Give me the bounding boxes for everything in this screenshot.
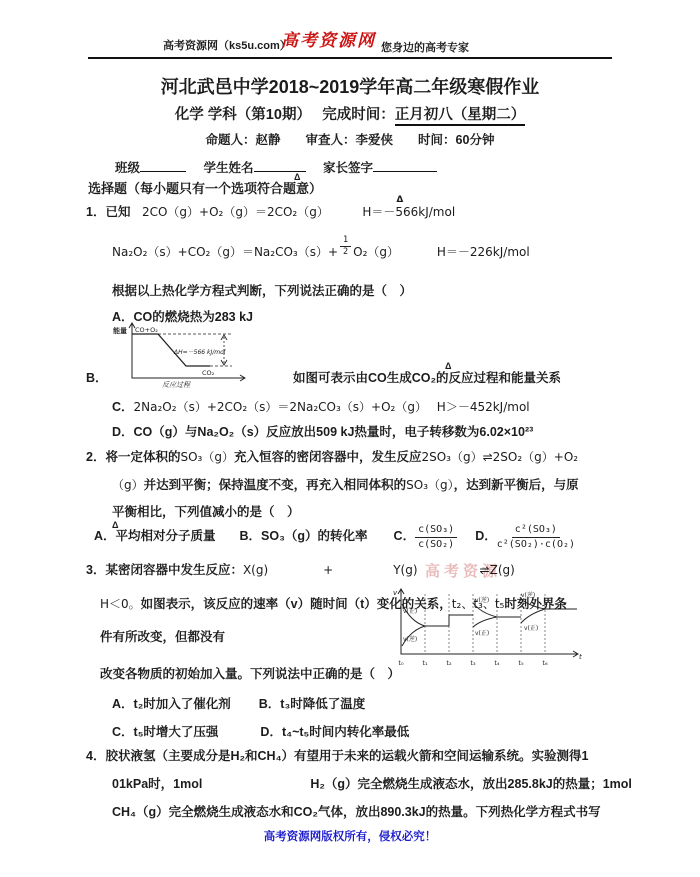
q1-judge-line: 根据以上热化学方程式判断，下列说法正确的是（ ） [112,284,412,300]
section-heading-text: 选择题（每小题只有一个选项符合题意） Δ [88,181,322,197]
svg-text:t₁: t₁ [422,659,428,667]
q1-enthalpy-1: H＝－566kJ/mol Δ [362,205,455,220]
svg-text:t₂: t₂ [446,659,452,667]
energy-ylabel: 能量 [113,326,127,335]
section-heading: 选择题（每小题只有一个选项符合题意） Δ [88,181,322,197]
q3-time-points: t₂、t₃、t₅ [452,597,505,611]
q3-plus-sign: + [323,563,333,577]
q3-stem-prefix: 3．某密闭容器中发生反应： [86,563,243,577]
q1-option-c-equation: 2Na₂O₂（s）+2CO₂（s）＝2Na₂CO₃（s）+O₂（g） H＞－45… [134,400,530,414]
q3-options-cd: C．t₅时增大了压强D．t₄~t₅时间内转化率最低 [112,725,409,741]
q1-option-c: C．2Na₂O₂（s）+2CO₂（s）＝2Na₂CO₃（s）+O₂（g） H＞－… [112,400,530,416]
q3-species-y: Y(g) [393,563,417,577]
q2-reaction-equation: 2SO₃（g）⇌2SO₂（g）+O₂ [421,450,578,464]
q3-equilibrium-arrow: ⇌ [480,563,490,577]
student-name-label: 学生姓名 [204,161,254,175]
q4-stem-line-2: 01kPa时，1molH₂（g）完全燃烧生成液态水，放出285.8kJ的热量；1… [112,777,632,793]
product-label: CO₂ [202,369,215,377]
q3-stem-line-2: H＜0。如图表示，该反应的速率（v）随时间（t）变化的关系，t₂、t₃、t₅时刻… [100,597,567,613]
q1-stem: 1．已知 2CO（g）+O₂（g）＝2CO₂（g） H＝－566kJ/mol Δ [86,205,455,221]
rate-xlabel: t [579,653,582,661]
q2-text-2: 充入恒容的密闭容器中，发生反应 [234,450,422,464]
q3-text-1: 如图表示，该反应的速率（v）随时间（t）变化的关系， [141,597,452,611]
q2-option-c-label: C． [394,529,416,545]
header-divider [88,57,612,59]
q3-text-2: 时刻外界条 [504,597,567,611]
q3-species-z: Z(g) [490,563,515,577]
reactant-label: CO+O₂ [135,326,158,334]
student-name-blank [254,158,306,172]
forward-rate-label: v(正) [475,630,489,637]
reverse-rate-label: v(逆) [403,635,417,643]
q2-stem-line-2: （g）并达到平衡；保持温度不变，再充入相同体积的SO₃（g），达到新平衡后，与原 [112,478,579,494]
q2-text-4: ，达到新平衡后，与原 [454,478,579,492]
site-name-text: 高考资源网（ks5u.com） [163,37,291,53]
subject-label: 化学 学科（第10期） 完成时间： [175,107,395,123]
svg-text:t₆: t₆ [542,659,548,667]
class-blank [140,158,186,172]
student-info-line: 班级 学生姓名 家长签字 [115,158,437,177]
delta-artifact: Δ [396,195,403,206]
q1-number: 1．已知 [86,205,130,219]
q4-h2-text: H₂（g）完全燃烧生成液态水，放出285.8kJ的热量；1mol [310,777,632,791]
q2-text-3: 并达到平衡；保持温度不变，再充入相同体积的 [144,478,407,492]
parent-sign-label: 家长签字 [323,161,373,175]
subject-line: 化学 学科（第10期） 完成时间：正月初八（星期二） [0,106,700,124]
q1-equation-2-left: Na₂O₂（s）+CO₂（g）＝Na₂CO₃（s）+ [112,245,338,259]
fraction-denominator: c²(SO₂)·c(O₂) [497,538,575,551]
svg-text:t₃: t₃ [470,659,476,667]
fraction-denominator: 2 [343,247,348,257]
delta-artifact: Δ [445,361,451,372]
delta-artifact: Δ [112,520,118,531]
site-tagline: 您身边的高考专家 [381,39,469,55]
q3-option-a: A．t₂时加入了催化剂 [112,697,231,711]
q3-option-d: D．t₄~t₅时间内转化率最低 [260,725,409,739]
q1-option-d: D．CO（g）与Na₂O₂（s）反应放出509 kJ热量时，电子转移数为6.02… [112,425,533,441]
svg-text:t₄: t₄ [494,659,500,667]
q2-options-row: A．平均相对分子质量 Δ B．SO₃（g）的转化率 C． c(SO₃)c(SO₂… [94,524,575,550]
fraction-numerator: c²(SO₃) [512,524,560,538]
section-heading-label: 选择题（每小题只有一个选项符合题意） [88,181,322,196]
q2-option-b: B．SO₃（g）的转化率 [240,529,368,545]
q2-formula-1: SO₃（g） [180,450,234,464]
ks5u-logo: 高考资源网 [281,26,376,51]
rate-ylabel: v [393,589,398,597]
document-title: 河北武邑中学2018~2019学年高二年级寒假作业 [0,76,700,99]
q3-option-b: B．t₃时降低了温度 [259,697,365,711]
q1-option-b-caption: 如图可表示由CO生成CO₂的反应过程和能量关系 Δ [293,371,561,387]
parent-sign-blank [373,158,437,172]
forward-rate-label: v(正) [524,625,538,632]
q3-stem-line-3: 件有所改变，但都没有 [100,630,225,646]
q1-equation-2: Na₂O₂（s）+CO₂（g）＝Na₂CO₃（s）+12O₂（g） H＝－226… [112,242,530,263]
q1-option-c-label: C． [112,400,134,414]
q2-option-a: A．平均相对分子质量 Δ [94,529,216,545]
fraction-numerator: 1 [340,236,351,247]
q2-text-1: 2．将一定体积的 [86,450,180,464]
delta-artifact: Δ [294,172,300,183]
q3-option-c: C．t₅时增大了压强 [112,725,218,739]
q4-pressure-text: 01kPa时，1mol [112,777,202,791]
q4-stem-line-3: CH₄（g）完全燃烧生成液态水和CO₂气体，放出890.3kJ的热量。下列热化学… [112,805,601,821]
q1-enthalpy-2: H＝－226kJ/mol [437,245,530,259]
q2-option-c-fraction: c(SO₃)c(SO₂) [415,524,457,550]
q1-option-b-label: B． [86,371,108,387]
q1-equation-1: 2CO（g）+O₂（g）＝2CO₂（g） [142,205,329,219]
q3-stem-line-1: 3．某密闭容器中发生反应：X(g)+Y(g)⇌Z(g) [86,563,515,579]
q1-option-b-text: 如图可表示由CO生成CO₂的反应过程和能量关系 Δ [293,371,561,387]
one-half-fraction: 12 [340,236,351,257]
q1-equation-2-right: O₂（g） [353,245,399,259]
q1-option-b-caption-text: 如图可表示由CO生成CO₂的反应过程和能量关系 [293,371,561,385]
q2-option-d-fraction: c²(SO₃)c²(SO₂)·c(O₂) [497,524,575,550]
q2-option-d-label: D． [475,529,497,545]
svg-text:t₅: t₅ [518,659,524,667]
class-label: 班级 [115,161,140,175]
q1-enthalpy-1-value: H＝－566kJ/mol [362,205,455,219]
q4-stem-line-1: 4．胶状液氢（主要成分是H₂和CH₄）有望用于未来的运载火箭和空间运输系统。实验… [86,749,589,765]
q2-formula-3: SO₃（g） [406,478,454,492]
energy-xlabel: 反应过程 [162,381,191,389]
worksheet-page: 高考资源网（ks5u.com） 高考资源网 您身边的高考专家 河北武邑中学201… [0,0,700,877]
q2-stem-line-3: 平衡相比，下列值减小的是（ ） [112,505,300,521]
svg-text:t₀: t₀ [398,659,404,667]
delta-h-label: ΔH=－566 kJ/mol [173,349,226,356]
q3-options-ab: A．t₂时加入了催化剂B．t₃时降低了温度 [112,697,365,713]
q3-enthalpy-condition: H＜0。 [100,597,141,611]
q3-species-x: X(g) [243,563,268,577]
q3-stem-line-4: 改变各物质的初始加入量。下列说法中正确的是（ ） [100,667,400,683]
q2-formula-2: （g） [112,478,144,492]
due-date: 正月初八（星期二） [395,107,526,126]
q2-stem-line-1: 2．将一定体积的SO₃（g）充入恒容的密闭容器中，发生反应2SO₃（g）⇌2SO… [86,450,578,466]
copyright-notice: 高考资源网版权所有，侵权必究！ [0,828,700,844]
fraction-denominator: c(SO₂) [418,538,454,551]
authors-line: 命题人：赵静 审查人：李爱侠 时间：60分钟 [0,133,700,149]
x-axis-ticks: t₀ t₁ t₂ t₃ t₄ t₅ t₆ [398,659,548,667]
fraction-numerator: c(SO₃) [415,524,457,538]
energy-diagram: 能量 CO+O₂ CO₂ ΔH=－566 kJ/mol 反应过程 [112,321,282,389]
